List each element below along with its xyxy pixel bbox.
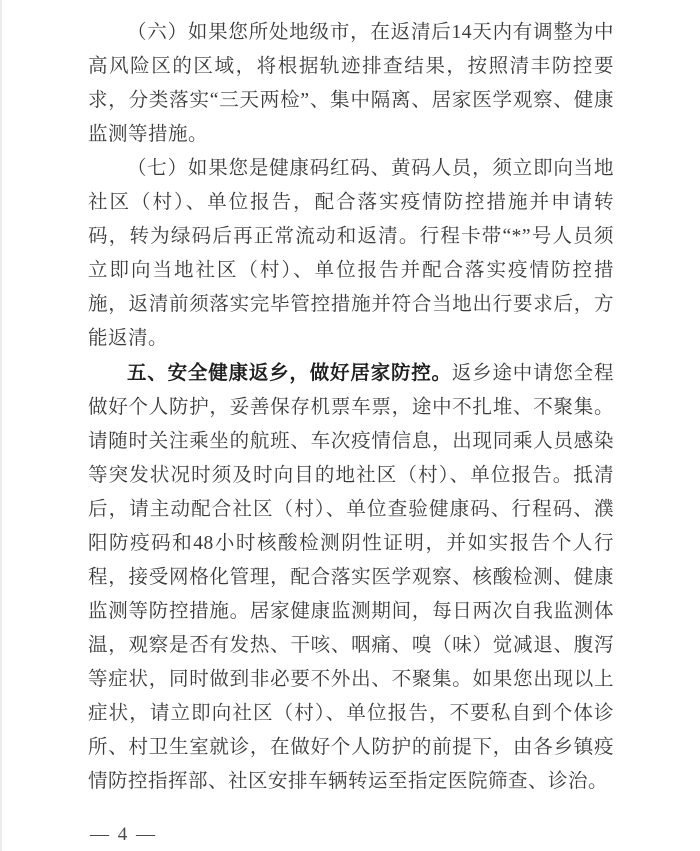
paragraph: （七）如果您是健康码红码、黄码人员，须立即向当地社区（村）、单位报告，配合落实疫… <box>88 152 614 356</box>
document-page: （六）如果您所处地级市，在返清后14天内有调整为中高风险区的区域，将根据轨迹排查… <box>0 0 700 851</box>
paragraph: 五、安全健康返乡，做好居家防控。返乡途中请您全程做好个人防护，妥善保存机票车票，… <box>88 356 614 799</box>
page-edge-shadow <box>0 0 2 851</box>
body-text-run: （六）如果您所处地级市，在返清后14天内有调整为中高风险区的区域，将根据轨迹排查… <box>88 22 614 145</box>
body-text-run: （七）如果您是健康码红码、黄码人员，须立即向当地社区（村）、单位报告，配合落实疫… <box>88 158 614 349</box>
paragraph: （六）如果您所处地级市，在返清后14天内有调整为中高风险区的区域，将根据轨迹排查… <box>88 16 614 152</box>
page-number: — 4 — <box>90 824 157 846</box>
heading-text-run: 五、安全健康返乡，做好居家防控。 <box>127 362 452 384</box>
document-body: （六）如果您所处地级市，在返清后14天内有调整为中高风险区的区域，将根据轨迹排查… <box>88 16 614 799</box>
body-text-run: 返乡途中请您全程做好个人防护，妥善保存机票车票，途中不扎堆、不聚集。请随时关注乘… <box>88 363 614 792</box>
